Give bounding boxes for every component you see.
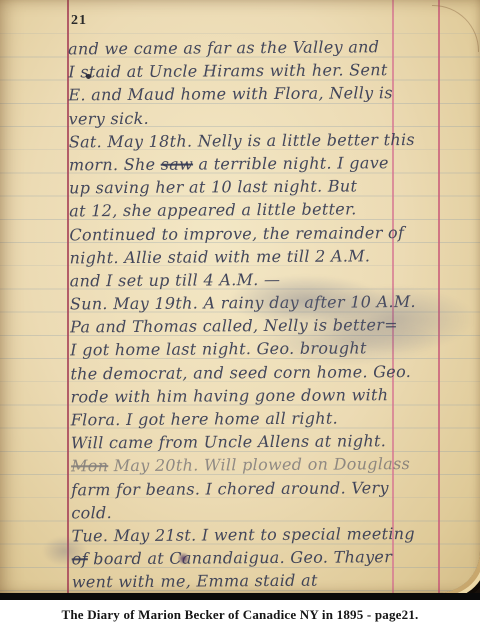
handwriting-line: went with me, Emma staid at — [72, 568, 474, 593]
handwriting-line: cold. — [71, 498, 473, 524]
handwriting-line: Continued to improve, the remainder of — [69, 220, 471, 246]
screenshot-root: 21 and we came as far as the Valley andI… — [0, 0, 480, 630]
caption-text: The Diary of Marion Becker of Canadice N… — [62, 607, 419, 623]
handwriting-line: the democrat, and seed corn home. Geo. — [70, 359, 472, 385]
handwriting-line: Pa and Thomas called, Nelly is better= — [70, 313, 472, 339]
handwriting-line: of board at Canandaigua. Geo. Thayer — [72, 545, 474, 571]
handwriting-lines: and we came as far as the Valley andI st… — [68, 35, 474, 593]
handwriting-line: rode with him having gone down with — [70, 382, 472, 408]
handwriting-line: Will came from Uncle Allens at night. — [71, 429, 473, 455]
caption-bar: The Diary of Marion Becker of Canadice N… — [0, 600, 480, 630]
handwriting-line: E. and Maud home with Flora, Nelly is — [68, 81, 470, 107]
handwriting-line: and I set up till 4 A.M. — — [70, 266, 472, 292]
handwriting-line: Flora. I got here home all right. — [71, 406, 473, 432]
handwriting-line: and we came as far as the Valley and — [68, 35, 470, 61]
photo-bottom-border — [0, 593, 480, 600]
diary-page: 21 and we came as far as the Valley andI… — [0, 0, 480, 593]
handwriting-line: Sun. May 19th. A rainy day after 10 A.M. — [70, 290, 472, 316]
handwriting-line: Mon May 20th. Will plowed on Douglass — [71, 452, 473, 478]
handwriting-line: up saving her at 10 last night. But — [69, 174, 471, 200]
handwriting-line: I staid at Uncle Hirams with her. Sent — [68, 58, 470, 84]
diary-photo: 21 and we came as far as the Valley andI… — [0, 0, 480, 593]
handwriting-line: morn. She saw a terrible night. I gave — [69, 151, 471, 177]
handwriting-line: very sick. — [69, 104, 471, 130]
handwriting-line: Tue. May 21st. I went to special meeting — [71, 522, 473, 548]
page-number: 21 — [71, 13, 87, 29]
handwriting-line: Sat. May 18th. Nelly is a little better … — [69, 127, 471, 153]
handwriting-line: at 12, she appeared a little better. — [69, 197, 471, 223]
ink-blot — [178, 552, 189, 565]
ink-dot — [86, 74, 91, 79]
handwriting-line: I got home last night. Geo. brought — [70, 336, 472, 362]
handwriting-line: night. Allie staid with me till 2 A.M. — [70, 243, 472, 269]
handwriting-line: farm for beans. I chored around. Very — [71, 475, 473, 501]
